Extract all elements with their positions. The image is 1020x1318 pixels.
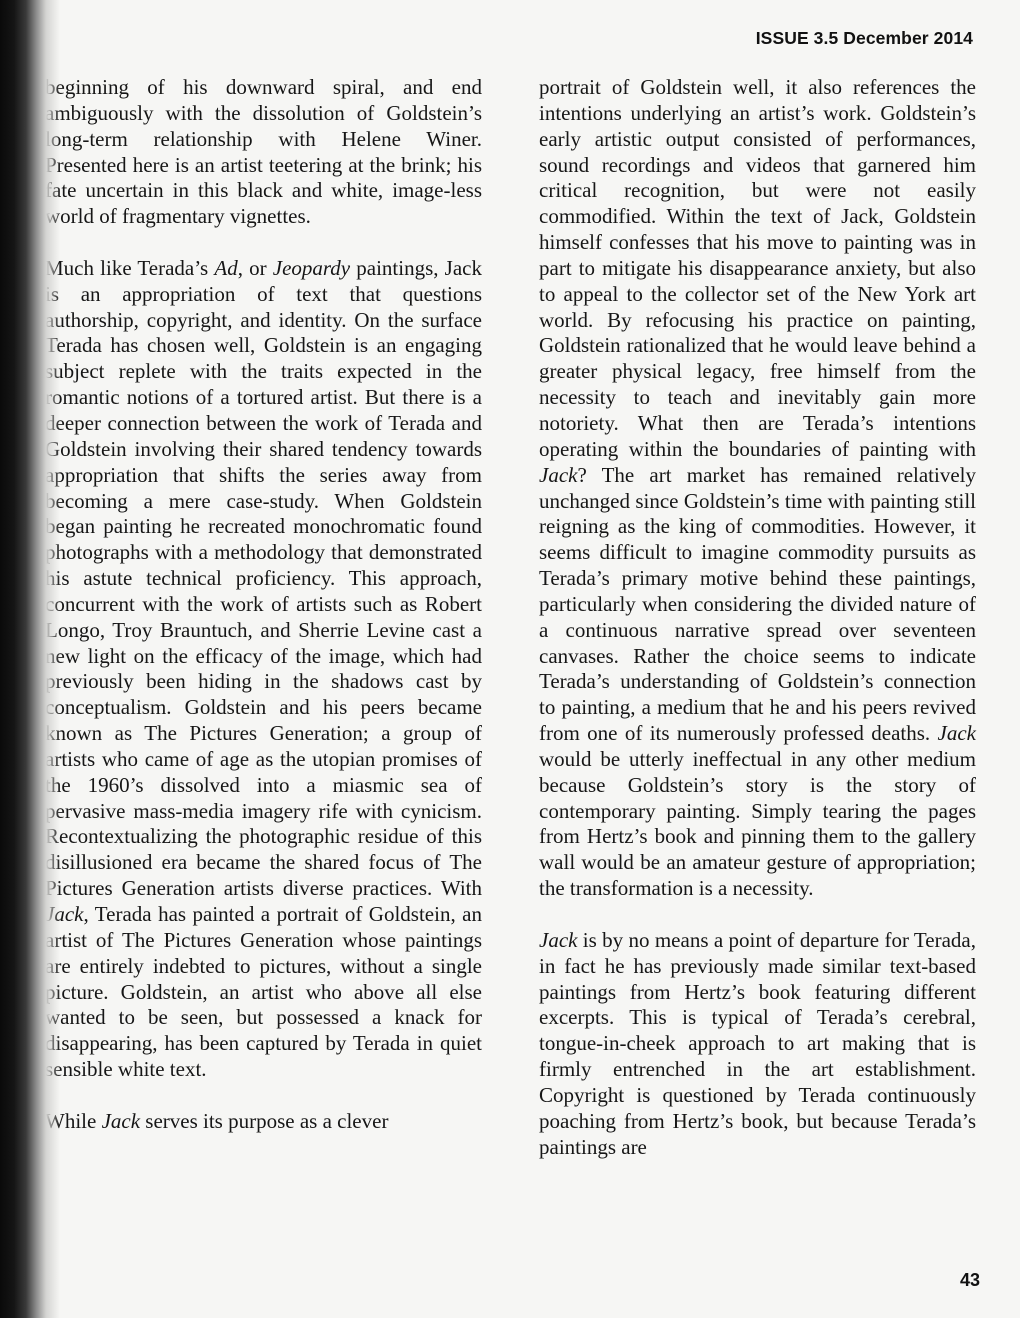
paragraph: While Jack serves its purpose as a cleve…	[45, 1109, 482, 1135]
italic-title-text: Jack	[102, 1109, 140, 1133]
italic-title-text: Jack	[45, 902, 83, 926]
body-text: serves its purpose as a clever	[140, 1109, 388, 1133]
issue-header: ISSUE 3.5 December 2014	[756, 28, 973, 49]
right-column: portrait of Goldstein well, it also refe…	[539, 75, 976, 1160]
italic-title-text: Ad	[214, 256, 237, 280]
italic-title-text: Jack	[539, 463, 577, 487]
italic-title-text: Jack	[938, 721, 976, 745]
italic-title-text: Jack	[539, 928, 577, 952]
body-text: beginning of his downward spiral, and en…	[45, 75, 482, 228]
body-text: ? The art market has remained relatively…	[539, 463, 976, 745]
body-text: is by no means a point of departure for …	[539, 928, 976, 1159]
italic-title-text: Jeopardy	[273, 256, 350, 280]
body-text: , Terada has painted a portrait of Golds…	[45, 902, 482, 1081]
paragraph: portrait of Goldstein well, it also refe…	[539, 75, 976, 902]
left-column: beginning of his downward spiral, and en…	[45, 75, 482, 1135]
page-number: 43	[960, 1270, 980, 1291]
paragraph: Much like Terada’s Ad, or Jeopardy paint…	[45, 256, 482, 1083]
body-text: paintings, Jack is an appropriation of t…	[45, 256, 482, 900]
body-text: portrait of Goldstein well, it also refe…	[539, 75, 976, 461]
body-text: , or	[238, 256, 273, 280]
body-text: While	[45, 1109, 102, 1133]
body-text: would be utterly ineffectual in any othe…	[539, 747, 976, 900]
body-text: Much like Terada’s	[45, 256, 214, 280]
paragraph: Jack is by no means a point of departure…	[539, 928, 976, 1161]
paragraph: beginning of his downward spiral, and en…	[45, 75, 482, 230]
